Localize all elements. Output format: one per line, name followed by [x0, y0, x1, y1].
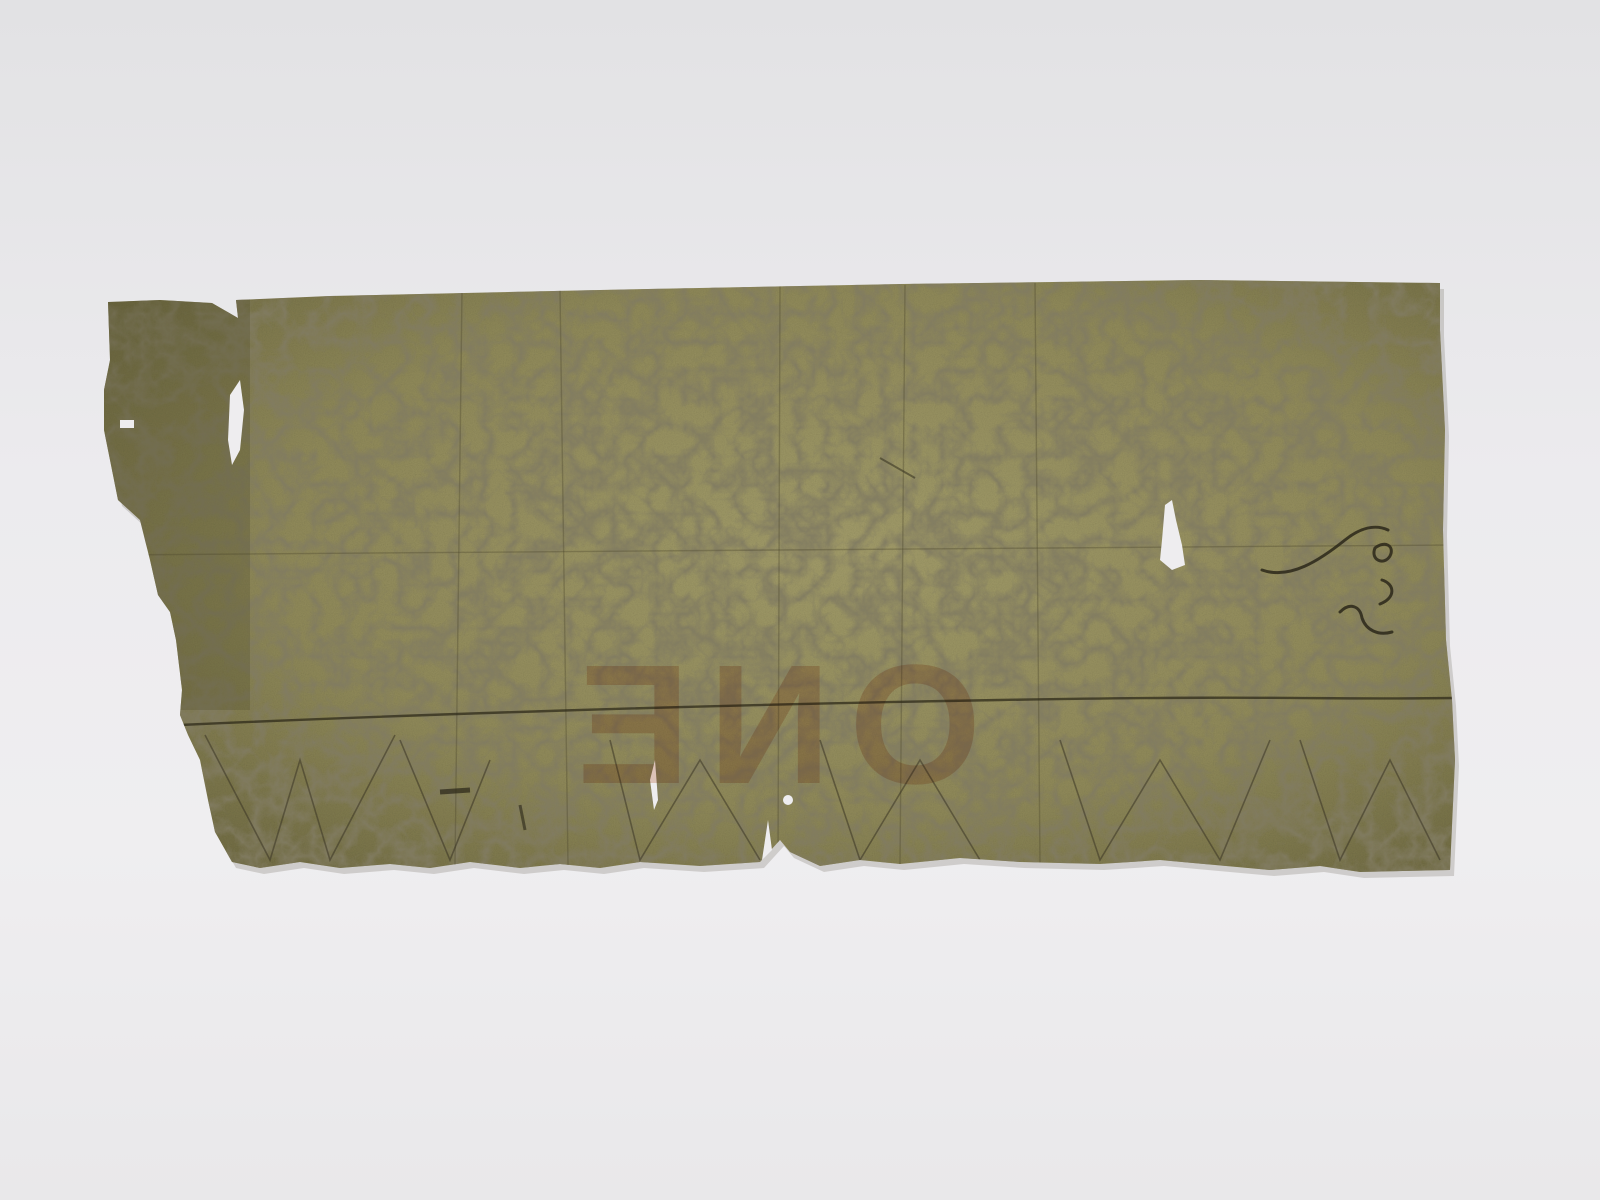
banknote	[0, 0, 1600, 1200]
show-through-one-text: ONE	[490, 640, 1050, 810]
photo-scene: ONE Reverse side of a worn antique bankn…	[0, 0, 1600, 1200]
